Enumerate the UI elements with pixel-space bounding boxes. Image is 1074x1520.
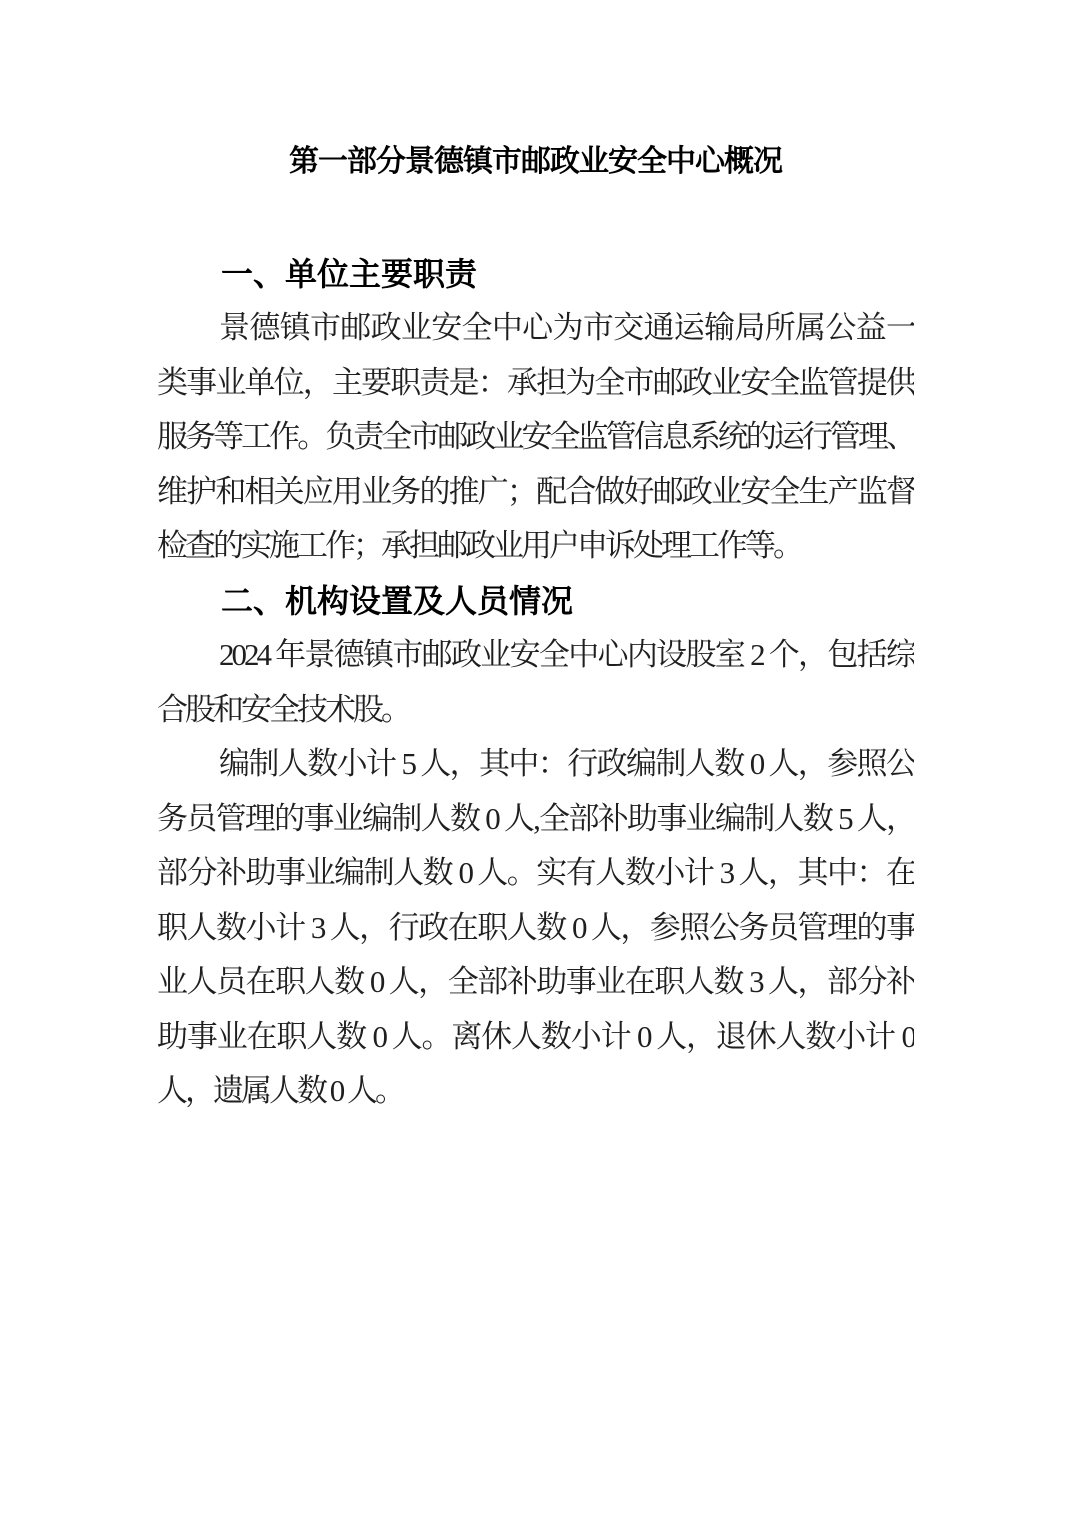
- text-line: 维护和相关应用业务的推广；配合做好邮政业安全生产监督: [157, 465, 914, 520]
- section-heading-unit-duties: 一、单位主要职责: [157, 247, 914, 302]
- text-line: 务员管理的事业编制人数 0 人,全部补助事业编制人数 5 人，: [157, 792, 914, 847]
- text-line: 人，遗属人数 0 人。: [157, 1064, 914, 1119]
- text-line: 助事业在职人数 0 人。离休人数小计 0 人，退休人数小计 0: [157, 1010, 914, 1065]
- text-line: 编制人数小计 5 人，其中：行政编制人数 0 人，参照公: [157, 737, 914, 792]
- text-line: 合股和安全技术股。: [157, 683, 914, 738]
- document-title: 第一部分景德镇市邮政业安全中心概况: [157, 135, 914, 190]
- text-line: 检查的实施工作；承担邮政业用户申诉处理工作等。: [157, 519, 914, 574]
- paragraph-internal-departments: 2024 年景德镇市邮政业安全中心内设股室 2 个，包括综 合股和安全技术股。: [157, 628, 914, 737]
- text-line: 业人员在职人数 0 人，全部补助事业在职人数 3 人，部分补: [157, 955, 914, 1010]
- text-line: 职人数小计 3 人，行政在职人数 0 人，参照公务员管理的事: [157, 901, 914, 956]
- text-line: 景德镇市邮政业安全中心为市交通运输局所属公益一: [157, 301, 914, 356]
- text-line: 部分补助事业编制人数 0 人。实有人数小计 3 人，其中：在: [157, 846, 914, 901]
- document-content: 第一部分景德镇市邮政业安全中心概况 一、单位主要职责 景德镇市邮政业安全中心为市…: [157, 135, 914, 1119]
- document-page: 第一部分景德镇市邮政业安全中心概况 一、单位主要职责 景德镇市邮政业安全中心为市…: [0, 0, 1074, 1520]
- text-line: 2024 年景德镇市邮政业安全中心内设股室 2 个，包括综: [157, 628, 914, 683]
- text-line: 服务等工作。负责全市邮政业安全监管信息系统的运行管理、: [157, 410, 914, 465]
- text-line: 类事业单位，主要职责是：承担为全市邮政业安全监管提供: [157, 356, 914, 411]
- paragraph-staff-counts: 编制人数小计 5 人，其中：行政编制人数 0 人，参照公 务员管理的事业编制人数…: [157, 737, 914, 1119]
- section-heading-organization-staff: 二、机构设置及人员情况: [157, 574, 914, 629]
- paragraph-unit-duties: 景德镇市邮政业安全中心为市交通运输局所属公益一 类事业单位，主要职责是：承担为全…: [157, 301, 914, 574]
